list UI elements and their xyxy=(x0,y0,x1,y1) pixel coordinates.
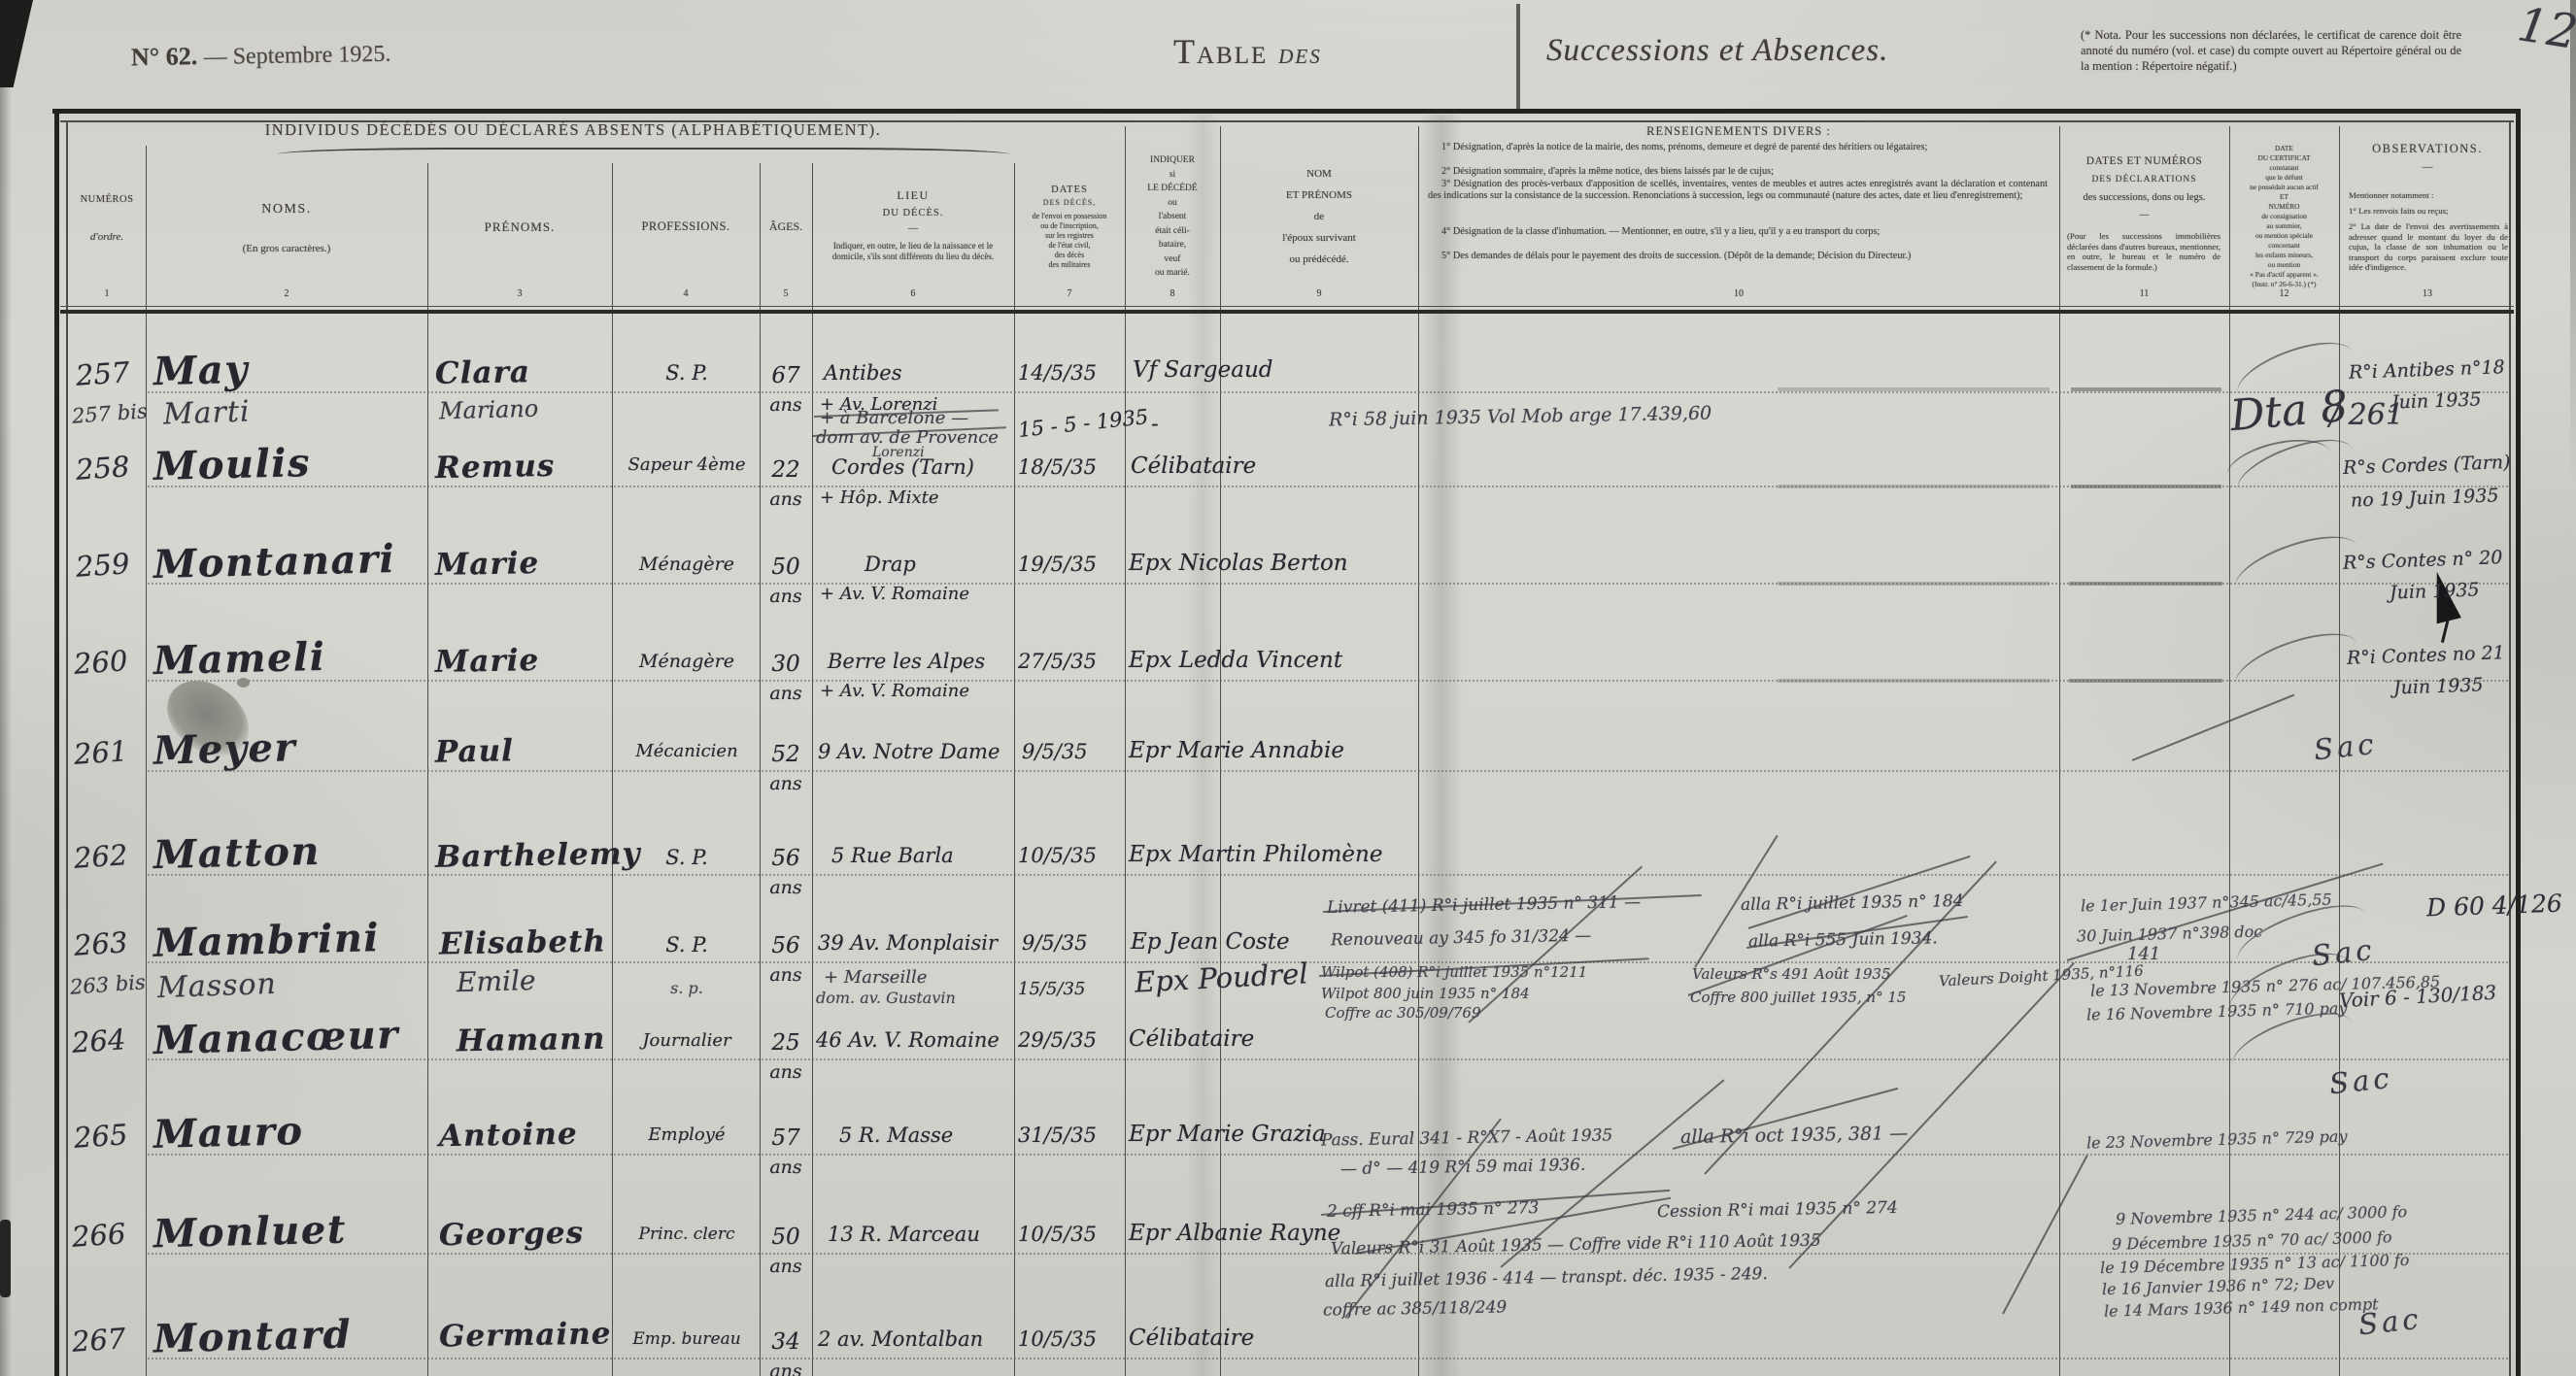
table-border-left xyxy=(54,109,59,1376)
cell-lieu-2: + Hôp. Mixte xyxy=(820,487,939,508)
cell-conjoint: Epx Martin Philomène xyxy=(1129,842,1382,867)
cell-lieu-2: + Av. V. Romaine xyxy=(820,584,969,604)
cell-age: 34 xyxy=(760,1329,812,1355)
cell-nom: Manacœur xyxy=(153,1012,399,1063)
col-header-noms: NOMS. xyxy=(146,202,427,218)
cell-prenom: Emile xyxy=(457,964,536,998)
cell-conjoint: Célibataire xyxy=(1129,1026,1254,1052)
cell-renseignements-5: Coffre 800 juillet 1935, n° 15 xyxy=(1690,989,1906,1006)
cell-lieu-2: dom. av. Gustavin xyxy=(816,989,956,1007)
cell-age-unit: ans xyxy=(760,1157,812,1178)
col-num-7: 7 xyxy=(1014,288,1125,299)
col-num-6: 6 xyxy=(812,288,1014,299)
cell-date-deces: 10/5/35 xyxy=(1018,1223,1097,1246)
pen-dash xyxy=(2069,679,2222,683)
gutter-shadow xyxy=(1420,115,1463,1376)
cell-numero: 260 xyxy=(73,644,129,681)
cell-renseignements: 2 cff R°i mai 1935 n° 273 xyxy=(1327,1198,1540,1222)
pen-stroke xyxy=(1788,962,2075,1269)
pen-stroke xyxy=(2228,621,2357,686)
cell-renseignements-5: coffre ac 385/118/249 xyxy=(1323,1297,1508,1320)
cell-date-deces: 27/5/35 xyxy=(1018,650,1097,673)
cell-nom: May xyxy=(153,347,249,394)
cell-profession: S. P. xyxy=(614,361,760,385)
cell-nom: Montanari xyxy=(153,536,395,587)
col-header-epoux: NOM ET PRÉNOMS de l'époux survivant ou p… xyxy=(1220,163,1418,270)
col-header-renseignements-i3: 3° Désignation des procès-verbaux d'appo… xyxy=(1428,179,2048,203)
cell-numero: 263 bis xyxy=(69,970,146,998)
cell-nom: Monluet xyxy=(153,1207,347,1258)
title-word-des: des xyxy=(1278,38,1322,70)
cell-prenom: Paul xyxy=(435,733,515,769)
cell-age: 30 xyxy=(760,652,812,677)
col-header-observations-n3: 2° La date de l'envoi des avertissements… xyxy=(2349,221,2508,273)
dotted-row-line xyxy=(148,1058,2508,1060)
group-header-brace xyxy=(277,148,1010,161)
cell-age-unit: ans xyxy=(760,964,812,986)
col-header-lieu: LIEU xyxy=(812,188,1014,203)
cell-date-deces: 10/5/35 xyxy=(1018,844,1097,867)
cell-prenom: Marie xyxy=(435,546,540,583)
col-header-declarations: DATES ET NUMÉROS xyxy=(2059,155,2229,167)
cell-date-deces: 19/5/35 xyxy=(1018,553,1097,576)
cell-age: 50 xyxy=(760,1225,812,1250)
col-header-declarations-note: (Pour les successions immobilières décla… xyxy=(2067,231,2220,272)
cell-lieu: 2 av. Montalban xyxy=(818,1327,983,1351)
cell-lieu-2: + Av. V. Romaine xyxy=(820,681,969,701)
col-header-renseignements-i4: 4° Désignation de la classe d'inhumation… xyxy=(1428,226,2048,238)
cell-lieu: 5 Rue Barla xyxy=(831,844,954,867)
cell-lieu: 39 Av. Monplaisir xyxy=(818,931,998,955)
cell-conjoint: Epr Marie Grazia xyxy=(1129,1122,1326,1147)
dotted-row-line xyxy=(148,391,2508,393)
cell-conjoint: Ep Jean Coste xyxy=(1131,929,1290,955)
dotted-row-line xyxy=(148,1358,2508,1359)
col-num-12: 12 xyxy=(2229,288,2339,299)
cell-nom: Montard xyxy=(153,1312,352,1362)
cell-observation: R°i Contes no 21 xyxy=(2347,642,2505,669)
folio-number: 129 xyxy=(2514,0,2576,65)
cell-nom: Moulis xyxy=(153,440,311,489)
cell-renseignements: R°i 58 juin 1935 Vol Mob arge 17.439,60 xyxy=(1329,403,1712,431)
cell-date-deces: 29/5/35 xyxy=(1018,1028,1097,1052)
scan-corner-mark xyxy=(0,0,33,87)
cell-declaration-2: 30 Juin 1937 n°398 doc xyxy=(2077,923,2263,946)
grid-line-c9 xyxy=(1418,126,1419,1376)
cell-renseignements-3: Valeurs R°i 31 Août 1935 — Coffre vide R… xyxy=(1331,1231,1821,1259)
cell-prenom: Clara xyxy=(435,354,531,391)
signature-sac: Sac xyxy=(2327,1061,2394,1101)
col-num-5: 5 xyxy=(760,288,812,299)
col-header-dates: DATES xyxy=(1014,185,1125,195)
cell-numero: 257 bis xyxy=(71,399,148,427)
cell-nom: Mambrini xyxy=(153,915,380,966)
cell-profession: Ménagère xyxy=(614,554,760,575)
title-word-table: Table xyxy=(1173,32,1268,71)
col-header-renseignements-i1: 1° Désignation, d'après la notice de la … xyxy=(1428,142,2048,153)
cell-declaration: le 23 Novembre 1935 n° 729 pay xyxy=(2086,1126,2348,1152)
issue-label: N° 62. — Septembre 1925. xyxy=(131,39,391,73)
cell-age-unit: ans xyxy=(760,1061,812,1083)
issue-date: — Septembre 1925. xyxy=(203,42,390,70)
col-header-declarations-dash: — xyxy=(2059,210,2229,220)
cell-conjoint: Epr Marie Annabie xyxy=(1129,738,1344,763)
col-header-noms-note: (En gros caractères.) xyxy=(146,243,427,254)
cell-age: 56 xyxy=(760,933,812,958)
cell-numero: 257 xyxy=(75,355,131,392)
grid-line-c10 xyxy=(2059,126,2060,1376)
cell-renseignements-2: alla R°i juillet 1935 n° 184 xyxy=(1741,891,1964,915)
grid-line-c11 xyxy=(2229,126,2230,1376)
cell-numero: 267 xyxy=(71,1322,127,1359)
cell-prenom: Mariano xyxy=(439,395,539,425)
pen-dash xyxy=(2071,387,2221,391)
cell-age: 57 xyxy=(760,1125,812,1151)
page-title-right: Successions et Absences. xyxy=(1546,33,1888,69)
cell-renseignements-2: alla R°i oct 1935, 381 — xyxy=(1680,1123,1909,1148)
col-num-8: 8 xyxy=(1125,288,1220,299)
cell-conjoint: - xyxy=(1151,412,1159,437)
col-header-professions: PROFESSIONS. xyxy=(612,219,760,234)
cell-numero: 259 xyxy=(75,547,131,584)
cell-numero: 265 xyxy=(73,1118,129,1155)
cell-date-deces: 15/5/35 xyxy=(1018,979,1085,999)
cell-date-deces: 9/5/35 xyxy=(1022,931,1088,955)
signature-sac: Sac xyxy=(2356,1302,2423,1342)
page-title-left: Table des xyxy=(1173,31,1322,72)
cell-lieu: + Marseille xyxy=(824,967,927,988)
cell-observation: D 60 4/126 xyxy=(2426,889,2563,923)
cell-numero: 262 xyxy=(73,838,129,875)
cell-nom: Mauro xyxy=(153,1108,304,1158)
cell-date-deces: 10/5/35 xyxy=(1018,1327,1097,1351)
issue-number: N° 62. xyxy=(131,42,198,71)
pen-stroke xyxy=(2132,694,2295,761)
cell-lieu: Berre les Alpes xyxy=(828,650,985,673)
cell-renseignements-4: alla R°i juillet 1936 - 414 — transpt. d… xyxy=(1325,1264,1768,1292)
cell-date-deces: 18/5/35 xyxy=(1018,455,1097,479)
pen-dash xyxy=(1778,679,2050,683)
col-header-numeros: NUMÉROS xyxy=(68,194,146,205)
dotted-row-line xyxy=(148,770,2508,772)
cell-prenom: Germaine xyxy=(439,1316,612,1354)
col-header-dates-note: de l'envoi en possession ou de l'inscrip… xyxy=(1014,212,1125,270)
col-num-11: 11 xyxy=(2059,288,2229,299)
cell-numero: 266 xyxy=(71,1217,127,1254)
col-num-3: 3 xyxy=(427,288,612,299)
cell-declaration: le 1er Juin 1937 n°345 ac/45,55 xyxy=(2081,890,2332,916)
pen-dash xyxy=(1778,485,2050,488)
cell-observation-2: no 19 Juin 1935 xyxy=(2351,485,2499,511)
cell-declaration: 9 Novembre 1935 n° 244 ac/ 3000 fo xyxy=(2116,1202,2408,1228)
scan-edge-right xyxy=(2570,0,2576,486)
cell-age-unit: ans xyxy=(760,683,812,704)
grid-line-c1 xyxy=(146,146,147,1376)
cell-profession: S. P. xyxy=(614,933,760,956)
pen-dash xyxy=(2069,582,2222,586)
cell-prenom: Remus xyxy=(435,449,556,486)
col-header-renseignements-title: RENSEIGNEMENTS DIVERS : xyxy=(1418,124,2059,139)
col-header-declarations-2: DES DÉCLARATIONS xyxy=(2059,175,2229,185)
cell-certificat-2: / 261 xyxy=(2329,398,2404,432)
col-header-observations-dash: — xyxy=(2339,161,2516,173)
cell-age-unit: ans xyxy=(760,586,812,607)
cell-lieu: + à Barcelone — xyxy=(820,408,968,428)
cell-declaration-2: 9 Décembre 1935 n° 70 ac/ 3000 fo xyxy=(2112,1227,2392,1254)
pen-dash xyxy=(1778,387,2050,391)
cell-age: 50 xyxy=(760,554,812,580)
cell-observation-2: Juin 1935 xyxy=(2393,674,2484,698)
pen-dash xyxy=(1778,582,2050,586)
cell-profession: S. P. xyxy=(614,846,760,869)
cell-lieu: Cordes (Tarn) xyxy=(831,455,974,479)
header-rule-thin xyxy=(60,306,2514,307)
scan-edge-mark xyxy=(0,1220,11,1297)
cell-renseignements-2: Cession R°i mai 1935 n° 274 xyxy=(1657,1198,1898,1222)
dotted-row-line xyxy=(148,1253,2508,1255)
cell-age: 67 xyxy=(760,363,812,388)
cell-date-deces: 31/5/35 xyxy=(1018,1124,1097,1147)
cell-profession: Mécanicien xyxy=(614,741,760,761)
cell-lieu: 46 Av. V. Romaine xyxy=(816,1028,1000,1052)
col-num-10: 10 xyxy=(1418,288,2059,299)
cell-renseignements: Livret (411) R°i juillet 1935 n° 311 — xyxy=(1327,892,1642,918)
col-num-4: 4 xyxy=(612,288,760,299)
dotted-row-line xyxy=(148,1154,2508,1156)
cell-prenom: Marie xyxy=(435,643,540,680)
col-num-2: 2 xyxy=(146,288,427,299)
cell-numero: 261 xyxy=(73,734,129,771)
table-border-right-inner xyxy=(2509,120,2511,1376)
cell-conjoint: Epr Albanie Rayne xyxy=(1129,1221,1340,1246)
cell-age-unit: ans xyxy=(760,488,812,510)
cell-conjoint: Vf Sargeaud xyxy=(1133,357,1272,383)
cell-age: 52 xyxy=(760,742,812,767)
cell-prenom: Hamann xyxy=(457,1022,606,1059)
cell-renseignements-4: alla R°i 555 Juin 1934. xyxy=(1748,928,1938,951)
table-border-left-inner xyxy=(66,120,68,1376)
col-header-observations: OBSERVATIONS. xyxy=(2339,142,2516,156)
fold-line xyxy=(1516,4,1520,113)
col-header-ages: ÂGES. xyxy=(754,219,818,234)
col-num-13: 13 xyxy=(2339,288,2516,299)
cell-nom: Matton xyxy=(153,828,321,878)
cell-conjoint: Epx Nicolas Berton xyxy=(1129,551,1348,576)
col-header-observations-n1: Mentionner notamment : xyxy=(2349,190,2508,200)
cell-renseignements-3: Coffre ac 305/09/769 xyxy=(1325,1004,1481,1022)
col-num-9: 9 xyxy=(1220,288,1418,299)
cell-observation: R°s Cordes (Tarn) xyxy=(2343,452,2511,479)
cell-profession: Sapeur 4ème xyxy=(614,454,760,475)
signature-sac: Sac xyxy=(2310,933,2377,973)
cell-profession: Employé xyxy=(614,1124,760,1145)
cell-prenom: Barthelemy xyxy=(435,836,641,875)
cell-prenom: Elisabeth xyxy=(439,924,607,962)
cell-renseignements: Wilpot (408) R°i juillet 1935 n°1211 xyxy=(1321,963,1587,981)
col-header-dates-2: DES DÉCÈS, xyxy=(1014,198,1125,207)
cell-conjoint: Célibataire xyxy=(1131,453,1256,479)
col-header-indiquer: INDIQUER si LE DÉCÉDÉ ou l'absent était … xyxy=(1125,153,1220,281)
cell-age-unit: ans xyxy=(760,877,812,898)
cell-observation-2: Juin 1935 xyxy=(2390,579,2480,603)
cell-observation-2: Juin 1935 xyxy=(2391,388,2482,413)
cell-prenom: Georges xyxy=(439,1216,585,1254)
col-header-certificat: DATE DU CERTIFICAT constatant que le déf… xyxy=(2229,144,2339,289)
cell-profession: Ménagère xyxy=(614,651,760,672)
cell-observation: R°s Contes n° 20 xyxy=(2343,547,2503,574)
dotted-row-line xyxy=(148,874,2508,876)
cell-profession: Princ. clerc xyxy=(614,1225,760,1244)
table-border-top xyxy=(52,109,2520,114)
cell-observation: R°i Antibes n°18 xyxy=(2349,356,2505,384)
grid-line-c7 xyxy=(1125,126,1126,1376)
cell-numero: 264 xyxy=(71,1023,127,1059)
col-header-lieu-dash: — xyxy=(812,223,1014,234)
cell-declaration-4: le 16 Janvier 1936 n° 72; Dev xyxy=(2102,1274,2335,1298)
cell-prenom: Antoine xyxy=(439,1117,578,1154)
cell-conjoint: Epx Ledda Vincent xyxy=(1129,648,1342,673)
cell-profession: Journalier xyxy=(614,1030,760,1051)
cell-declaration-5: le 14 Mars 1936 n° 149 non compt xyxy=(2104,1294,2379,1320)
cell-age-unit: ans xyxy=(760,1256,812,1277)
cell-nom: Mameli xyxy=(153,634,325,684)
cell-profession: s. p. xyxy=(614,979,760,997)
cell-numero: 258 xyxy=(75,450,131,487)
cell-age-unit: ans xyxy=(760,1360,812,1376)
table-border-right xyxy=(2516,109,2521,1376)
pen-stroke xyxy=(2228,524,2357,588)
cell-age-unit: ans xyxy=(760,773,812,794)
cell-lieu: Drap xyxy=(864,553,916,576)
group-header: INDIVIDUS DÉCÉDÉS OU DÉCLARÉS ABSENTS (A… xyxy=(223,120,923,140)
cell-nom: Meyer xyxy=(153,724,296,774)
cell-renseignements: Pass. Eural 341 - R°X7 - Août 1935 xyxy=(1321,1125,1613,1150)
scan-edge-left xyxy=(0,0,12,1376)
col-num-1: 1 xyxy=(68,288,146,299)
cell-age: 25 xyxy=(760,1030,812,1056)
pen-stroke xyxy=(2002,1155,2088,1314)
cell-nom: Masson xyxy=(156,967,277,1005)
header-rule-thick xyxy=(60,310,2514,314)
cell-profession: Emp. bureau xyxy=(614,1329,760,1349)
cell-age: 56 xyxy=(760,846,812,871)
col-header-renseignements-i5: 5° Des demandes de délais pour le payeme… xyxy=(1428,251,2048,262)
cell-lieu: Antibes xyxy=(824,361,902,385)
signature-sac: Sac xyxy=(2312,727,2379,767)
cell-lieu: 13 R. Marceau xyxy=(828,1223,980,1246)
col-header-renseignements-i2: 2° Désignation sommaire, d'après la même… xyxy=(1428,166,2048,178)
col-header-lieu-2: DU DÉCÈS. xyxy=(812,208,1014,218)
scanned-register-page: N° 62. — Septembre 1925. Table des Succe… xyxy=(0,0,2576,1376)
cell-date-deces: 14/5/35 xyxy=(1018,361,1097,385)
cell-age: 22 xyxy=(760,457,812,483)
cell-numero: 263 xyxy=(73,925,129,962)
pen-dash xyxy=(2071,485,2221,488)
col-header-lieu-note: Indiquer, en outre, le lieu de la naissa… xyxy=(822,241,1004,261)
cell-renseignements-4: Valeurs R°s 491 Août 1935 xyxy=(1692,965,1891,983)
col-header-observations-n2: 1° Les renvois faits ou reçus; xyxy=(2349,206,2508,216)
cell-lieu: 5 R. Masse xyxy=(839,1124,953,1147)
cell-renseignements-3: — d° — 419 R°i 59 mai 1936. xyxy=(1340,1156,1586,1179)
cell-age-unit: ans xyxy=(760,394,812,416)
cell-date-deces: 15 - 5 - 1935 xyxy=(1017,405,1149,442)
cell-nom: Marti xyxy=(162,394,251,431)
cell-lieu: 9 Av. Notre Dame xyxy=(818,740,1000,763)
col-header-numeros-2: d'ordre. xyxy=(68,231,146,243)
col-header-prenoms: PRÉNOMS. xyxy=(427,219,612,235)
cell-renseignements-7: 141 xyxy=(2127,944,2160,964)
col-header-declarations-3: des successions, dons ou legs. xyxy=(2059,192,2229,203)
nota-note: (* Nota. Pour les successions non déclar… xyxy=(2081,27,2461,74)
cell-renseignements-2: Wilpot 800 juin 1935 n° 184 xyxy=(1321,985,1530,1002)
cell-date-deces: 9/5/35 xyxy=(1022,740,1088,763)
cell-conjoint: Célibataire xyxy=(1129,1326,1254,1351)
